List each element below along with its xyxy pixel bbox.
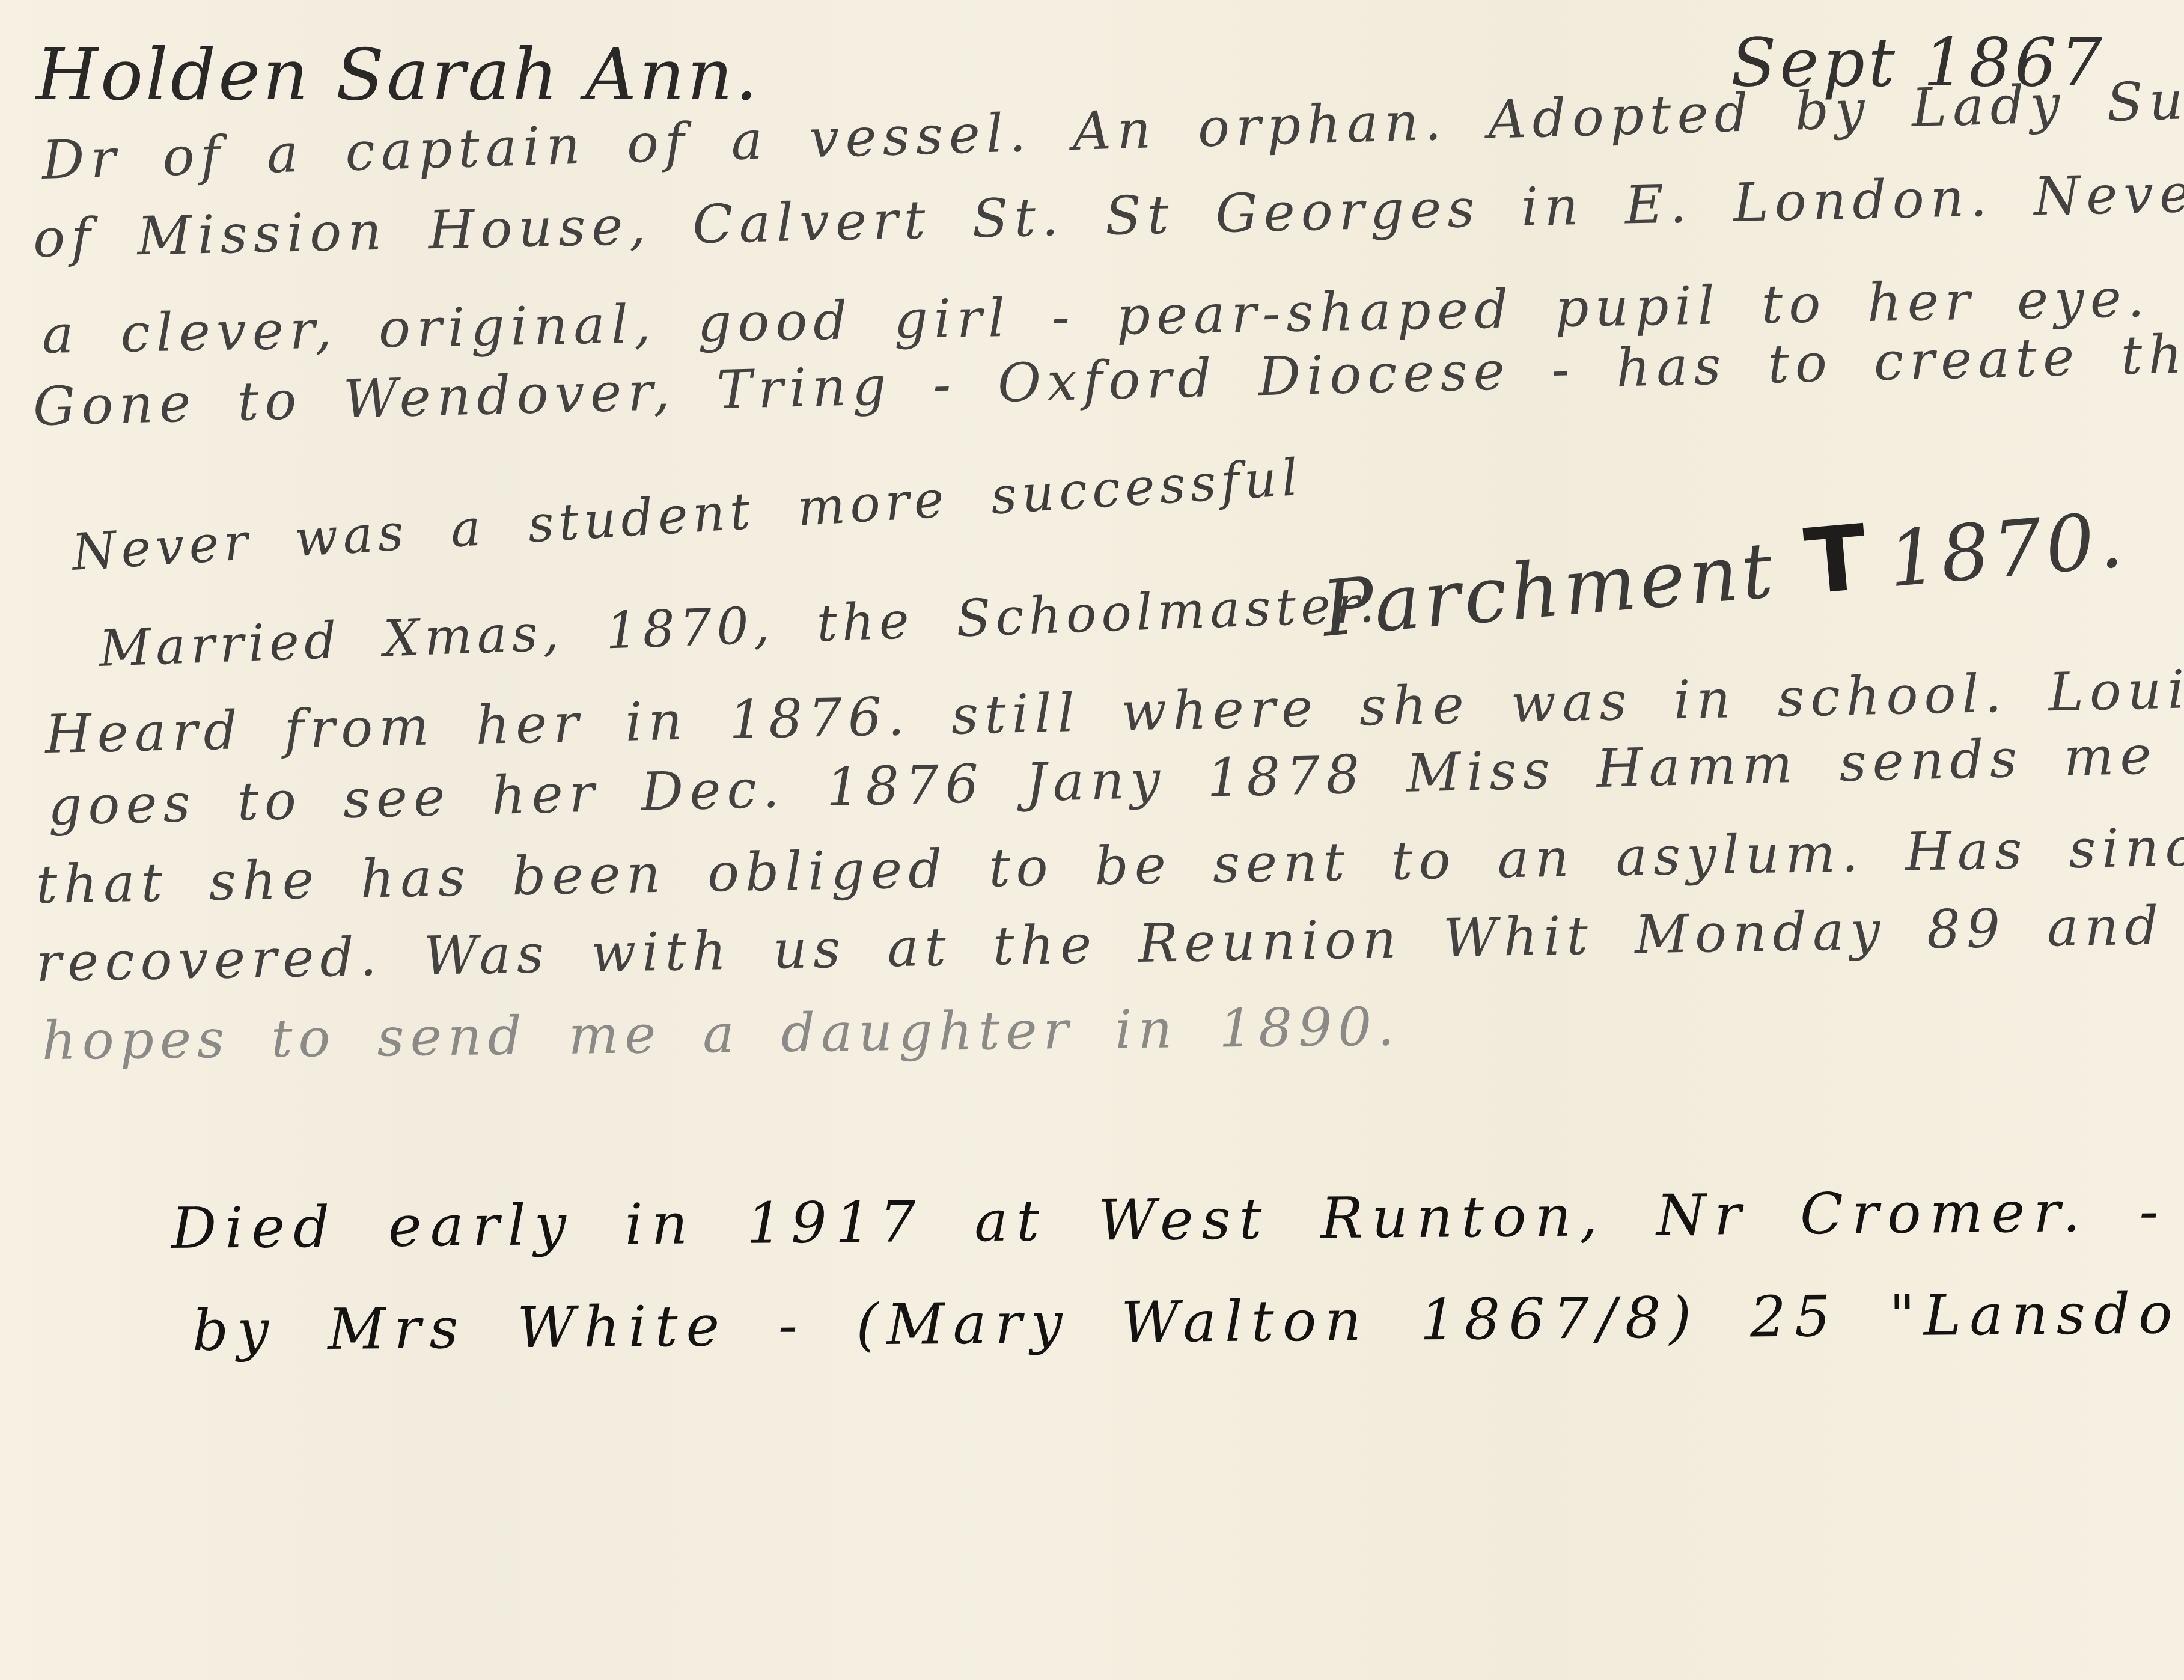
parchment-note: ParchmentT1870.	[1317, 483, 2130, 657]
register-page: Holden Sarah Ann. Sept 1867 Dr of a capt…	[0, 0, 2184, 1680]
student-name-heading: Holden Sarah Ann.	[36, 33, 760, 116]
parchment-label: Parchment	[1319, 525, 1780, 654]
entry-line: Married Xmas, 1870, the Schoolmaster.	[98, 575, 1380, 678]
later-addition-line: by Mrs White - (Mary Walton 1867/8) 25 "…	[192, 1275, 2184, 1364]
teacher-mark-icon: T	[1801, 506, 1874, 615]
entry-line: Never was a student more successful	[70, 448, 1304, 582]
later-addition-line: Died early in 1917 at West Runton, Nr Cr…	[171, 1175, 2184, 1262]
parchment-year: 1870.	[1885, 495, 2130, 605]
entry-line: hopes to send me a daughter in 1890.	[41, 995, 1400, 1072]
